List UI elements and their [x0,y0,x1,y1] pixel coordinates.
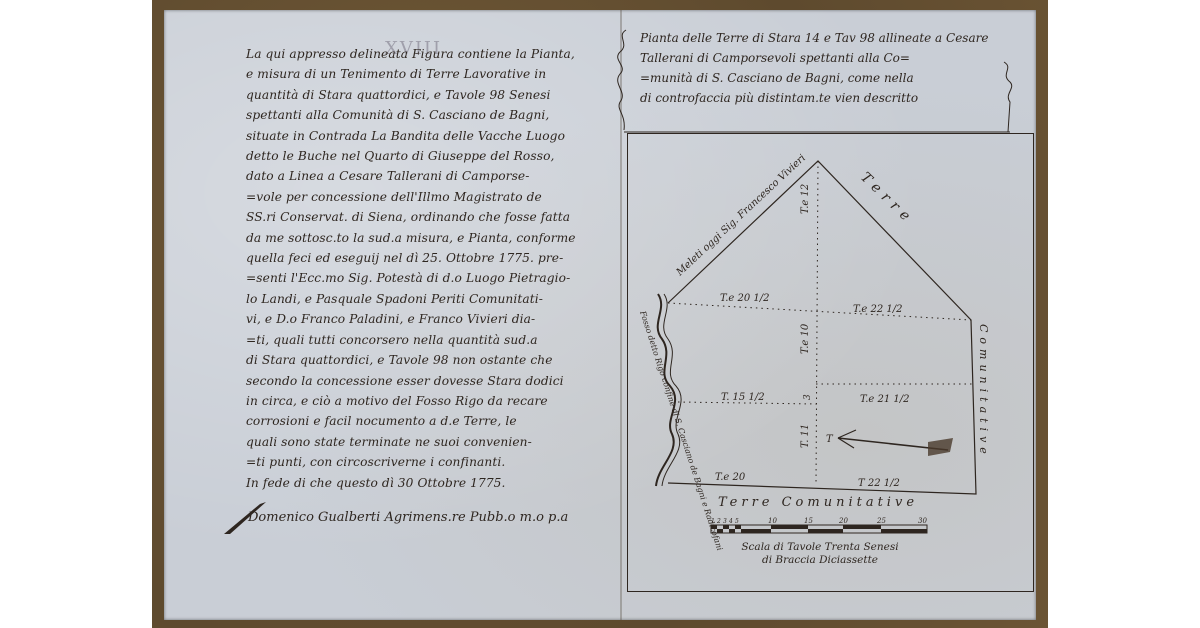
measure-label: T.e 12 [800,184,811,214]
map-title: Pianta delle Terre di Stara 14 e Tav 98 … [640,28,1020,108]
text-line: dato a Linea a Cesare Tallerani di Campo… [246,166,618,186]
measure-label: T.e 20 1/2 [720,293,769,304]
text-line: SS.ri Conservat. di Siena, ordinando che… [246,207,618,227]
scale-caption-line: Scala di Tavole Trenta Senesi [700,541,940,554]
scale-tick: 3 [723,518,727,525]
text-line: situate in Contrada La Bandita delle Vac… [246,126,618,146]
text-line: e misura di un Tenimento di Terre Lavora… [246,64,618,84]
boundary-label-right-side: Comunitative [977,324,990,459]
boundary-label-bottom: Terre Comunitative [718,495,918,510]
measure-label: T.e 20 [715,472,746,483]
text-line: In fede di che questo dì 30 Ottobre 1775… [246,473,618,493]
measure-label: T 22 1/2 [858,478,900,489]
text-line: lo Landi, e Pasquale Spadoni Periti Comu… [246,289,618,309]
scale-tick: 15 [804,517,813,525]
measure-label: T. 15 1/2 [721,392,765,403]
scale-caption-line: di Braccia Diciassette [700,554,940,567]
text-line: =vole per concessione dell'Illmo Magistr… [246,187,618,207]
compass-arrow-icon: T [826,430,953,456]
text-line: corrosioni e facil nocumento a d.e Terre… [246,411,618,431]
title-line: di controfaccia più distintam.te vien de… [640,88,1020,108]
text-line: da me sottosc.to la sud.a misura, e Pian… [246,228,618,248]
scale-tick: 4 [728,518,733,525]
text-line: =ti, quali tutti concorsero nella quanti… [246,330,618,350]
certification-text: La qui appresso delineata Figura contien… [246,44,618,493]
survey-plot-drawing: T.e 20 1/2 T.e 22 1/2 T.e 12 T.e 10 T. 1… [628,134,1033,591]
text-line: quella feci ed eseguij nel dì 25. Ottobr… [246,248,618,268]
text-line: =senti l'Ecc.mo Sig. Potestà di d.o Luog… [246,268,618,288]
text-line: quali sono state terminate ne suoi conve… [246,432,618,452]
scale-caption: Scala di Tavole Trenta Senesi di Braccia… [700,541,940,567]
scale-tick: 1 [711,518,715,525]
survey-map-frame: T.e 20 1/2 T.e 22 1/2 T.e 12 T.e 10 T. 1… [627,133,1034,592]
text-line: quantità di Stara quattordici, e Tavole … [246,85,618,105]
boundary-label-upper-left: Meleti oggi Sig. Francesco Vivieri [674,153,808,279]
surveyor-signature: Domenico Gualberti Agrimens.re Pubb.o m.… [248,510,568,525]
text-line: in circa, e ciò a motivo del Fosso Rigo … [246,391,618,411]
text-line: detto le Buche nel Quarto di Giuseppe de… [246,146,618,166]
measure-label: T.e 22 1/2 [853,304,902,315]
measure-label: T.e 10 [800,323,811,354]
text-line: spettanti alla Comunità di S. Casciano d… [246,105,618,125]
text-line: vi, e D.o Franco Paladini, e Franco Vivi… [246,309,618,329]
compass-label: T [826,434,834,445]
boundary-label-right-diagonal: Terre [857,169,917,228]
scale-tick: 30 [918,517,927,525]
text-line: di Stara quattordici, e Tavole 98 non os… [246,350,618,370]
title-line: Tallerani di Camporsevoli spettanti alla… [640,48,1020,68]
scale-tick: 2 [716,518,721,525]
text-line: secondo la concessione esser dovesse Sta… [246,371,618,391]
title-line: Pianta delle Terre di Stara 14 e Tav 98 … [640,28,1020,48]
scale-tick: 5 [735,518,739,525]
text-line: La qui appresso delineata Figura contien… [246,44,618,64]
measure-label: 3 [803,394,813,400]
measure-label: T.e 21 1/2 [860,394,909,405]
title-line: =munità di S. Casciano de Bagni, come ne… [640,68,1020,88]
text-line: =ti punti, con circoscriverne i confinan… [246,452,618,472]
scale-bar: 1 2 3 4 5 10 15 20 25 30 [711,517,927,533]
scale-tick: 10 [768,517,777,525]
scale-tick: 20 [838,517,848,525]
boundary-label-river: Fosso detto Rigo confine di S. Casciano … [638,309,725,552]
measure-label: T. 11 [800,424,811,448]
scale-tick: 25 [876,517,886,525]
